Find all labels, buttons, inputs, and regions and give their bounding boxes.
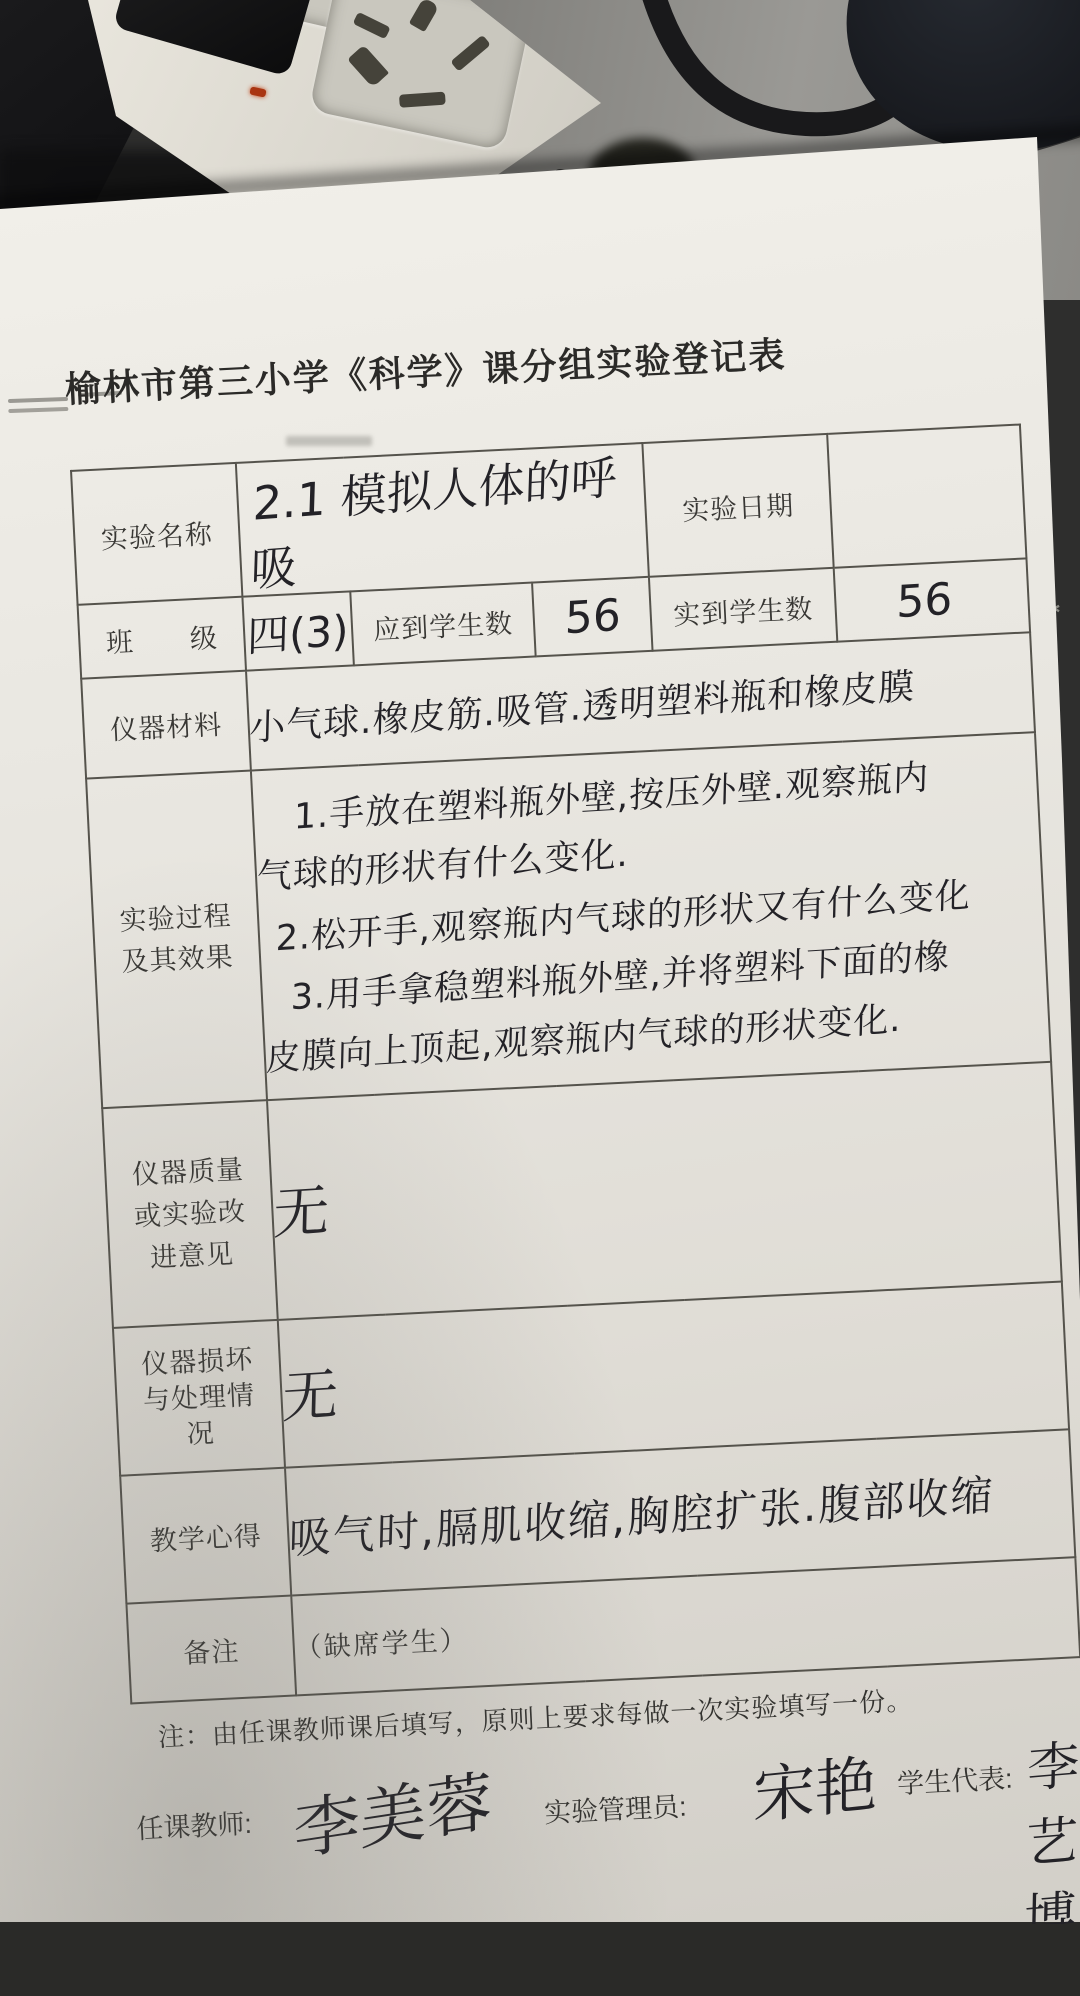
class-label: 班 级 bbox=[78, 597, 246, 679]
damage-cell: 无 bbox=[278, 1282, 1069, 1468]
photo-scene: ✱ 榆林市第三小学《科学》课分组实验登记表 实验名称 2.1 模拟人体的呼吸 实… bbox=[0, 0, 1080, 1920]
table-row: 仪器材料 小气球.橡皮筋.吸管.透明塑料瓶和橡皮膜 bbox=[81, 632, 1035, 778]
power-led-indicator bbox=[249, 86, 266, 97]
experiment-registration-table: 实验名称 2.1 模拟人体的呼吸 实验日期 班 级 四(3) 应到学生数 56 bbox=[70, 423, 1080, 1704]
manager-signature: 宋艳 bbox=[753, 1734, 877, 1836]
process-line-1: 1.手放在塑料瓶外壁,按压外壁.观察瓶内 bbox=[253, 747, 930, 850]
table-row: 仪器质量 或实验改 进意见 无 bbox=[102, 1062, 1062, 1328]
materials-label: 仪器材料 bbox=[81, 671, 251, 779]
form-footnote: 注：由任课教师课后填写，原则上要求每做一次实验填写一份。 bbox=[157, 1672, 1080, 1754]
process-cell: 1.手放在塑料瓶外壁,按压外壁.观察瓶内 气球的形状有什么变化. 2.松开手,观… bbox=[251, 732, 1051, 1100]
table-row: 教学心得 吸气时,膈肌收缩,胸腔扩张.腹部收缩 bbox=[120, 1429, 1075, 1603]
teaching-notes-cell: 吸气时,膈肌收缩,胸腔扩张.腹部收缩 bbox=[285, 1429, 1075, 1595]
teacher-signature-label: 任课教师: bbox=[135, 1802, 252, 1847]
process-line-2: 气球的形状有什么变化. bbox=[256, 824, 629, 908]
class-handwriting: 四(3) bbox=[247, 598, 350, 665]
damage-none-handwriting: 无 bbox=[281, 1351, 339, 1435]
form-content: 榆林市第三小学《科学》课分组实验登记表 实验名称 2.1 模拟人体的呼吸 实验日… bbox=[70, 424, 1080, 1914]
damage-label-line: 仪器损坏 bbox=[115, 1344, 279, 1379]
experiment-date-cell bbox=[827, 425, 1026, 568]
quality-label-line: 进意见 bbox=[110, 1239, 274, 1274]
teaching-notes-handwriting: 吸气时,膈肌收缩,胸腔扩张.腹部收缩 bbox=[288, 1462, 995, 1567]
process-line-4: 3.用手拿稳塑料瓶外壁,并将塑料下面的橡 bbox=[262, 927, 950, 1031]
experiment-name-handwriting: 2.1 模拟人体的呼吸 bbox=[238, 439, 647, 601]
table-row: 实验过程 及其效果 1.手放在塑料瓶外壁,按压外壁.观察瓶内 气球的形状有什么变… bbox=[86, 732, 1051, 1108]
materials-cell: 小气球.橡皮筋.吸管.透明塑料瓶和橡皮膜 bbox=[246, 632, 1035, 770]
student-signature: 李艺博 bbox=[1024, 1722, 1080, 1920]
pencil-smudge bbox=[8, 397, 68, 403]
signature-row: 任课教师: 李美蓉 实验管理员: 宋艳 学生代表: 李艺博 bbox=[134, 1727, 1080, 1913]
quality-cell: 无 bbox=[267, 1062, 1062, 1320]
process-label: 实验过程 及其效果 bbox=[86, 771, 267, 1109]
socket-slot bbox=[450, 35, 491, 72]
remarks-cell: （缺席学生） bbox=[291, 1557, 1080, 1695]
damage-label-line: 与处理情 bbox=[117, 1380, 281, 1415]
socket-slot bbox=[399, 92, 446, 108]
quality-label: 仪器质量 或实验改 进意见 bbox=[102, 1100, 278, 1328]
class-cell: 四(3) bbox=[242, 591, 353, 670]
pencil-smudge bbox=[78, 391, 122, 397]
process-line-5: 皮膜向上顶起,观察瓶内气球的形状变化. bbox=[265, 990, 902, 1090]
remarks-label: 备注 bbox=[126, 1596, 296, 1704]
experiment-date-label: 实验日期 bbox=[642, 434, 833, 577]
damage-label: 仪器损坏 与处理情 况 bbox=[113, 1320, 285, 1476]
socket-slot bbox=[353, 12, 391, 39]
expected-students-label: 应到学生数 bbox=[350, 583, 535, 666]
eraser-smudge bbox=[286, 436, 372, 446]
table-row: 班 级 四(3) 应到学生数 56 实到学生数 56 bbox=[78, 558, 1031, 678]
student-signature-label: 学生代表: bbox=[896, 1757, 1013, 1802]
actual-students-handwriting: 56 bbox=[896, 573, 953, 628]
table-row: 备注 （缺席学生） bbox=[126, 1557, 1080, 1703]
actual-students-label: 实到学生数 bbox=[649, 568, 837, 651]
experiment-form-paper: 榆林市第三小学《科学》课分组实验登记表 实验名称 2.1 模拟人体的呼吸 实验日… bbox=[0, 0, 1080, 1920]
black-plug bbox=[113, 0, 322, 77]
process-line-3: 2.松开手,观察瓶内气球的形状又有什么变化 bbox=[259, 865, 971, 970]
process-label-line: 及其效果 bbox=[95, 942, 259, 977]
actual-students-cell: 56 bbox=[834, 558, 1030, 641]
quality-label-line: 仪器质量 bbox=[106, 1155, 270, 1190]
experiment-name-cell: 2.1 模拟人体的呼吸 bbox=[236, 443, 649, 597]
table-row: 实验名称 2.1 模拟人体的呼吸 实验日期 bbox=[71, 425, 1026, 605]
quality-none-handwriting: 无 bbox=[272, 1167, 330, 1251]
teaching-notes-label: 教学心得 bbox=[120, 1468, 291, 1604]
socket-slot bbox=[347, 45, 389, 88]
expected-students-cell: 56 bbox=[532, 577, 653, 657]
form-title: 榆林市第三小学《科学》课分组实验登记表 bbox=[45, 326, 807, 414]
table-row: 仪器损坏 与处理情 况 无 bbox=[113, 1282, 1069, 1476]
experiment-name-label: 实验名称 bbox=[71, 463, 242, 605]
materials-handwriting: 小气球.橡皮筋.吸管.透明塑料瓶和橡皮膜 bbox=[249, 658, 916, 751]
manager-signature-label: 实验管理员: bbox=[543, 1785, 687, 1831]
expected-students-handwriting: 56 bbox=[564, 589, 621, 644]
damage-label-line: 况 bbox=[119, 1416, 283, 1451]
socket-ground-slot bbox=[409, 0, 440, 32]
process-label-line: 实验过程 bbox=[93, 901, 257, 936]
teacher-signature: 李美蓉 bbox=[293, 1748, 493, 1873]
quality-label-line: 或实验改 bbox=[108, 1197, 272, 1232]
